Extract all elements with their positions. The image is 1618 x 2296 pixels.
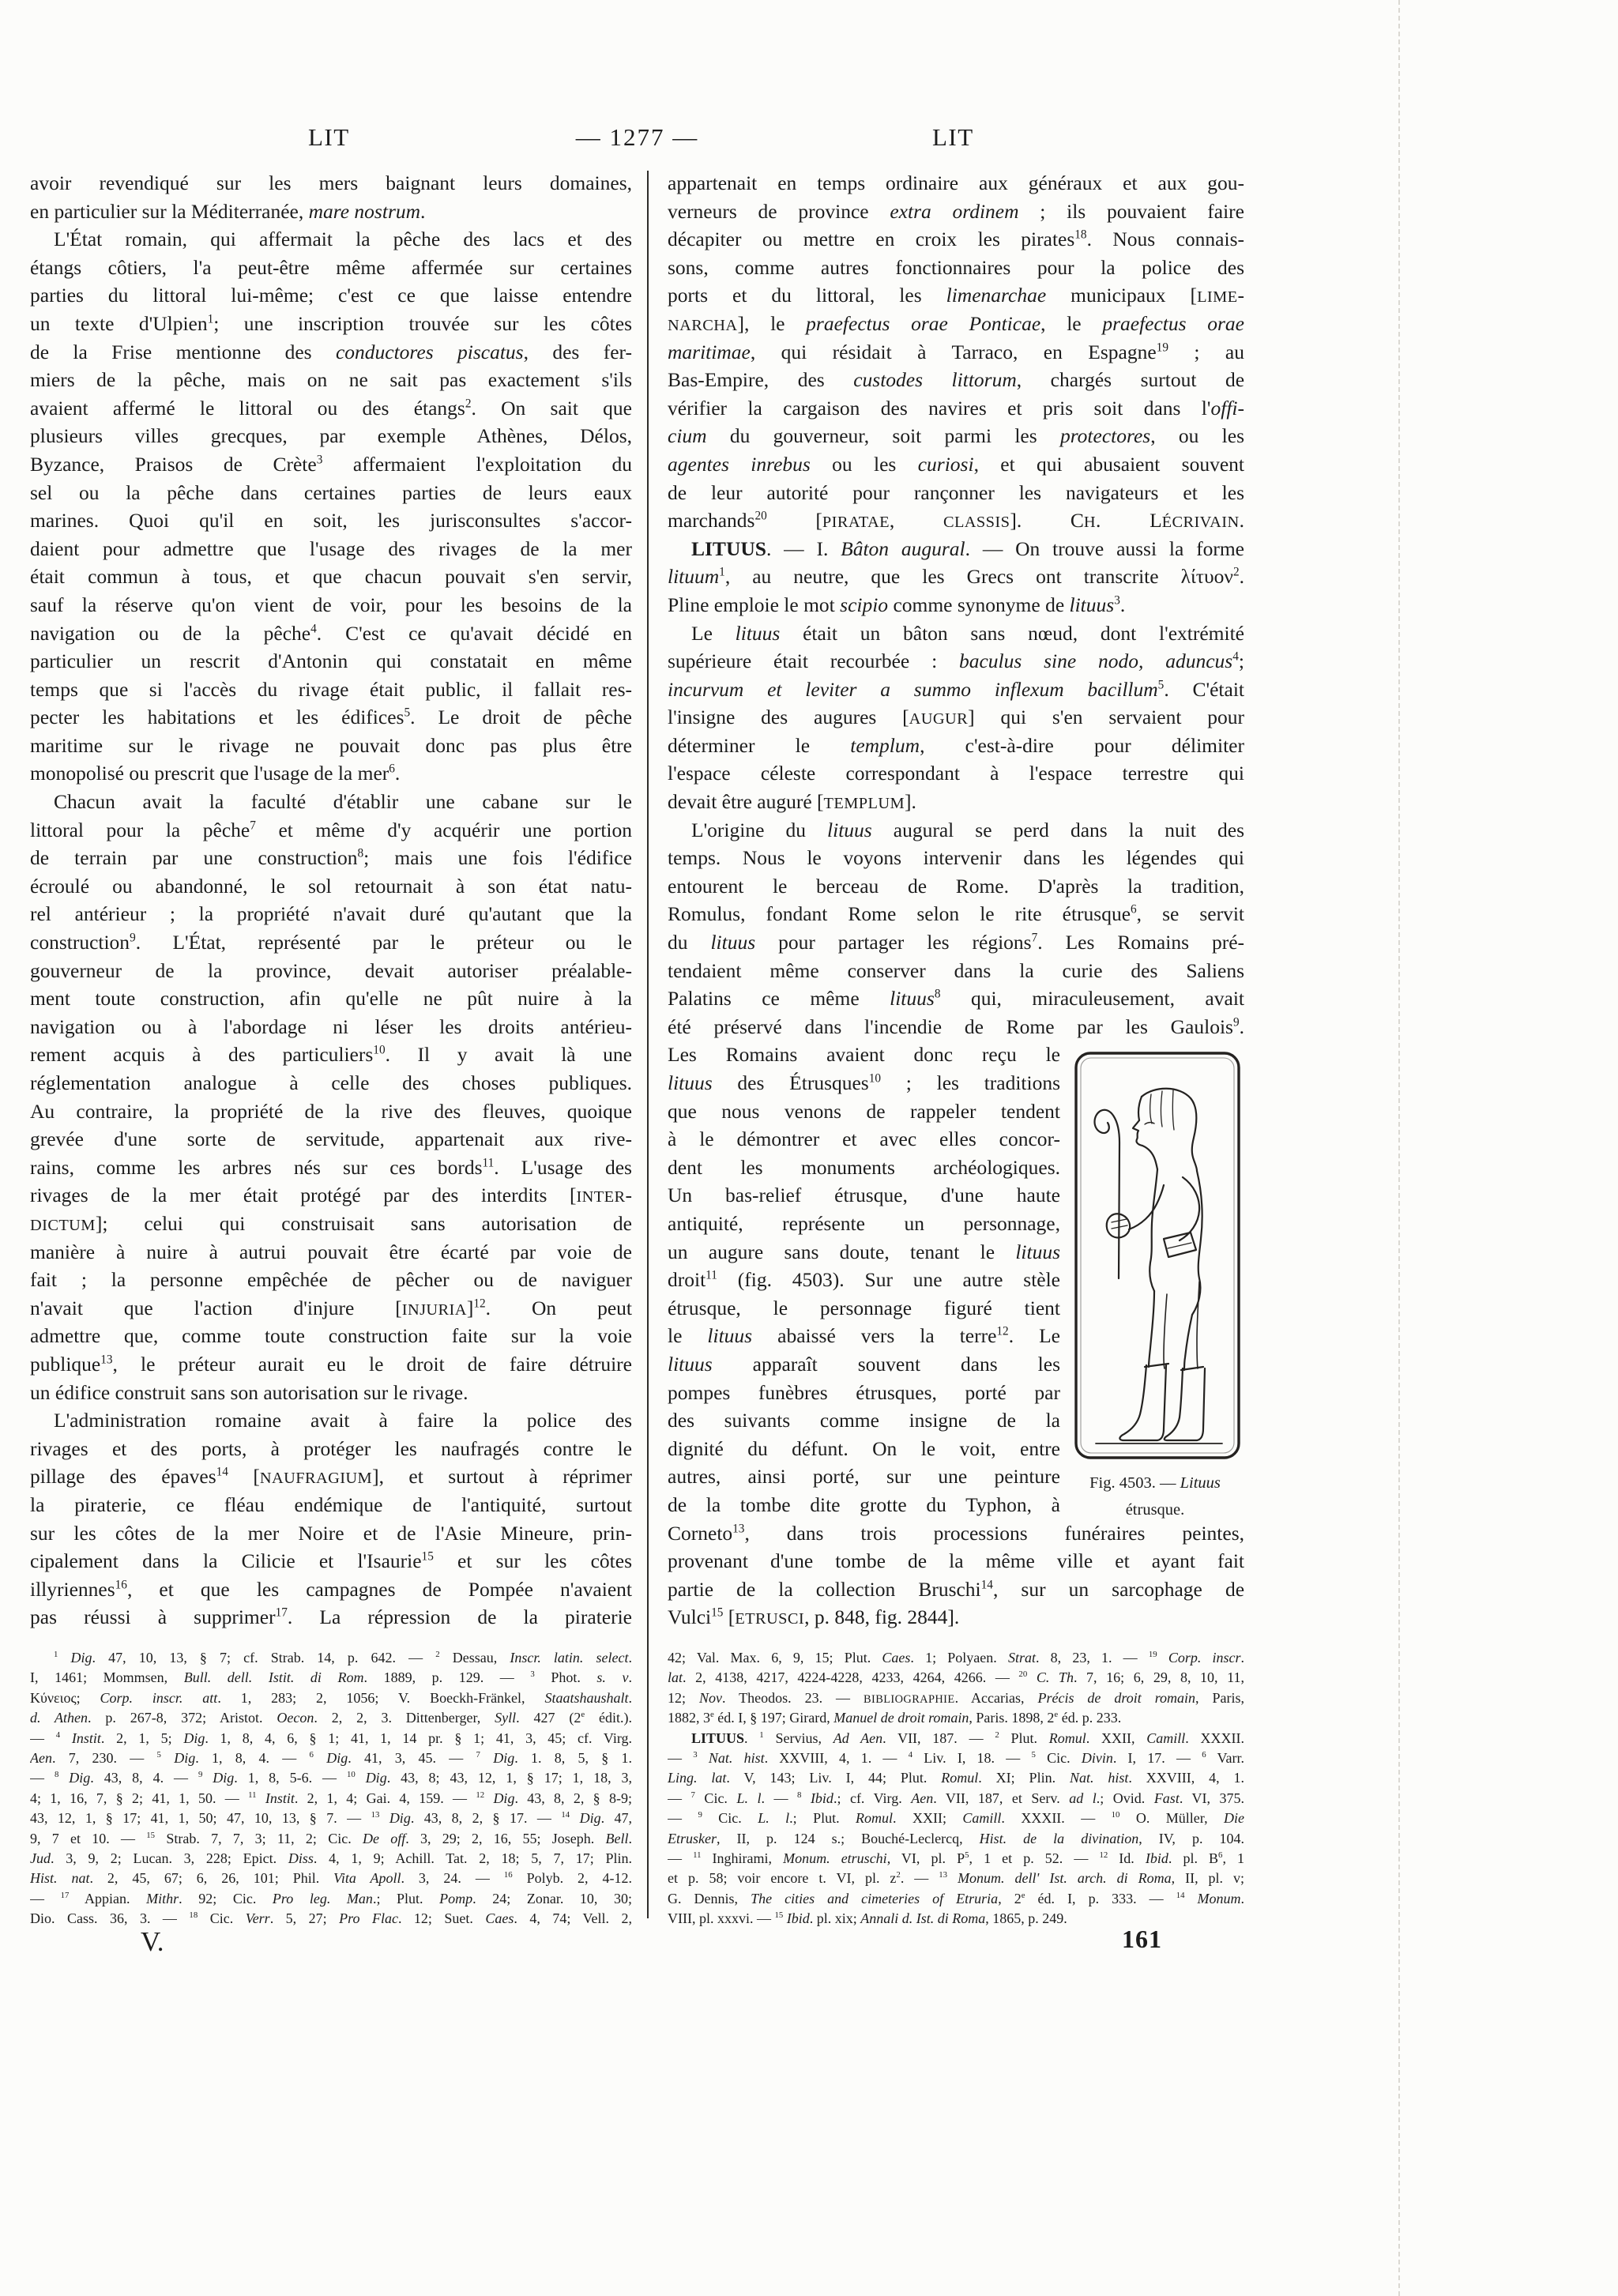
text-line: — 8 Dig. 43, 8, 4. — 9 Dig. 1, 8, 5-6. —… <box>30 1768 632 1788</box>
paragraph-block: Chacun avait la faculté d'établir une ca… <box>30 788 632 1406</box>
text-line: du lituus pour partager les régions7. Le… <box>668 928 1244 957</box>
text-line: le lituus abaissé vers la terre12. Le <box>668 1322 1060 1350</box>
text-line: lituus apparaît souvent dans les <box>668 1350 1060 1379</box>
text-line: sauf la réserve qu'on vient de voir, pou… <box>30 591 632 619</box>
text-line: littoral pour la pêche7 et même d'y acqu… <box>30 816 632 845</box>
etruscan-augur-engraving-icon <box>1072 1049 1243 1463</box>
text-line: antiquité, représente un personnage, <box>668 1210 1060 1238</box>
text-line: 12; Nov. Theodos. 23. — BIBLIOGRAPHIE. A… <box>668 1688 1244 1708</box>
text-line: dent les monuments archéologiques. <box>668 1154 1060 1182</box>
page-number-foot: 161 <box>1122 1925 1162 1954</box>
text-line: appartenait en temps ordinaire aux génér… <box>668 169 1244 198</box>
text-line: L'origine du lituus augural se perd dans… <box>668 816 1244 845</box>
text-line: sons, comme autres fonctionnaires pour l… <box>668 254 1244 282</box>
text-line: autres, ainsi porté, sur une peinture <box>668 1462 1060 1491</box>
paragraph-block: L'origine du lituus augural se perd dans… <box>668 816 1244 1041</box>
text-line: Pline emploie le mot scipio comme synony… <box>668 591 1244 619</box>
text-line: lituus des Étrusques10 ; les traditions <box>668 1069 1060 1097</box>
text-line: été préservé dans l'incendie de Rome par… <box>668 1013 1244 1041</box>
text-line: rivages et des ports, à protéger les nau… <box>30 1435 632 1463</box>
text-line: lat. 2, 4138, 4217, 4224-4228, 4233, 426… <box>668 1668 1244 1688</box>
text-line: gouverneur de la province, devait autori… <box>30 957 632 985</box>
text-line: Les Romains avaient donc reçu le <box>668 1041 1060 1069</box>
text-line: Palatins ce même lituus8 qui, miraculeus… <box>668 984 1244 1013</box>
text-line: — 4 Instit. 2, 1, 5; Dig. 1, 8, 4, 6, § … <box>30 1729 632 1748</box>
text-line: vérifier la cargaison des navires et pri… <box>668 394 1244 423</box>
text-line: un augure sans doute, tenant le lituus <box>668 1238 1060 1267</box>
text-line: particulier un rescrit d'Antonin qui con… <box>30 647 632 676</box>
text-line: 9, 7 et 10. — 15 Strab. 7, 7, 3; 11, 2; … <box>30 1829 632 1849</box>
text-line: parties du littoral lui-même; c'est ce q… <box>30 281 632 310</box>
text-line: temps. Nous le voyons intervenir dans le… <box>668 844 1244 872</box>
text-line: Jud. 3, 9, 2; Lucan. 3, 228; Epict. Diss… <box>30 1849 632 1869</box>
text-line: L'administration romaine avait à faire l… <box>30 1406 632 1435</box>
figure-caption: Fig. 4503. — Lituus étrusque. <box>1049 1470 1261 1523</box>
text-line: en particulier sur la Méditerranée, mare… <box>30 198 632 226</box>
text-line: décapiter ou mettre en croix les pirates… <box>668 225 1244 254</box>
text-line: daient pour admettre que l'usage des riv… <box>30 535 632 563</box>
text-line: de la tombe dite grotte du Typhon, à <box>668 1491 1060 1519</box>
right-column-footnotes: 42; Val. Max. 6, 9, 15; Plut. Caes. 1; P… <box>668 1648 1244 1929</box>
text-line: I, 1461; Mommsen, Bull. dell. Istit. di … <box>30 1668 632 1688</box>
text-line: cipalement dans la Cilicie et l'Isaurie1… <box>30 1547 632 1575</box>
text-line: cium du gouverneur, soit parmi les prote… <box>668 422 1244 450</box>
text-line: — 7 Cic. L. l. — 8 Ibid.; cf. Virg. Aen.… <box>668 1789 1244 1809</box>
text-line: incurvum et leviter a summo inflexum bac… <box>668 676 1244 704</box>
figure-4503-etruscan-stele <box>1072 1049 1243 1463</box>
text-line: maritime sur le rivage ne pouvait donc p… <box>30 732 632 760</box>
text-line: 43, 12, 1, § 17; 41, 1, 50; 47, 10, 13, … <box>30 1809 632 1828</box>
text-line: ment toute construction, afin qu'elle ne… <box>30 984 632 1013</box>
text-line: Un bas-relief étrusque, d'une haute <box>668 1181 1060 1210</box>
text-line: monopolisé ou prescrit que l'usage de la… <box>30 759 632 788</box>
figure-caption-line1: Fig. 4503. — Lituus <box>1049 1470 1261 1496</box>
column-divider <box>647 171 649 1918</box>
text-line: navigation ou à l'abordage ni léser les … <box>30 1013 632 1041</box>
left-column-footnotes: 1 Dig. 47, 10, 13, § 7; cf. Strab. 14, p… <box>30 1648 632 1929</box>
text-line: à le démontrer et avec elles concor- <box>668 1125 1060 1154</box>
paragraph-block: 42; Val. Max. 6, 9, 15; Plut. Caes. 1; P… <box>668 1648 1244 1729</box>
text-line: supérieure était recourbée : baculus sin… <box>668 647 1244 676</box>
text-line: lituum1, au neutre, que les Grecs ont tr… <box>668 563 1244 591</box>
text-line: manière à nuire à autrui pouvait être éc… <box>30 1238 632 1267</box>
text-line: NARCHA], le praefectus orae Ponticae, le… <box>668 310 1244 338</box>
text-line: LITUUS. 1 Servius, Ad Aen. VII, 187. — 2… <box>668 1729 1244 1748</box>
paragraph-block: LITUUS. 1 Servius, Ad Aen. VII, 187. — 2… <box>668 1729 1244 1929</box>
text-line: étangs côtiers, l'a peut-être même affer… <box>30 254 632 282</box>
paragraph-block: L'administration romaine avait à faire l… <box>30 1406 632 1632</box>
text-line: Aen. 7, 230. — 5 Dig. 1, 8, 4. — 6 Dig. … <box>30 1748 632 1768</box>
paragraph-block: appartenait en temps ordinaire aux génér… <box>668 169 1244 535</box>
text-line: d. Athen. p. 267-8, 372; Aristot. Oecon.… <box>30 1708 632 1728</box>
scan-crease-line <box>1398 0 1400 2296</box>
text-line: 1 Dig. 47, 10, 13, § 7; cf. Strab. 14, p… <box>30 1648 632 1668</box>
paragraph-block: Le lituus était un bâton sans nœud, dont… <box>668 619 1244 816</box>
text-line: miers de la pêche, mais on ne sait pas e… <box>30 366 632 394</box>
scanned-page: LIT — 1277 — LIT avoir revendiqué sur le… <box>0 0 1618 2296</box>
text-line: G. Dennis, The cities and cimeteries of … <box>668 1889 1244 1909</box>
text-line: Ling. lat. V, 143; Liv. I, 44; Plut. Rom… <box>668 1768 1244 1788</box>
text-line: de terrain par une construction8; mais u… <box>30 844 632 872</box>
text-line: réglementation analogue à celle des chos… <box>30 1069 632 1097</box>
text-line: — 3 Nat. hist. XXVIII, 4, 1. — 4 Liv. I,… <box>668 1748 1244 1768</box>
text-line: grevée d'une sorte de servitude, apparte… <box>30 1125 632 1154</box>
text-line: déterminer le templum, c'est-à-dire pour… <box>668 732 1244 760</box>
text-line: l'insigne des augures [AUGUR] qui s'en s… <box>668 703 1244 732</box>
running-head: LIT — 1277 — LIT <box>30 123 1244 160</box>
text-line: admettre que, comme toute construction f… <box>30 1322 632 1350</box>
running-head-left: LIT <box>308 123 350 152</box>
text-line: sel ou la pêche dans certaines parties d… <box>30 479 632 507</box>
text-line: pompes funèbres étrusques, porté par <box>668 1379 1060 1407</box>
text-line: que nous venons de rappeler tendent <box>668 1097 1060 1126</box>
text-line: 1882, 3e éd. I, § 197; Girard, Manuel de… <box>668 1708 1244 1728</box>
text-line: Κύνειος; Corp. inscr. att. 1, 283; 2, 10… <box>30 1688 632 1708</box>
text-line: un texte d'Ulpien1; une inscription trou… <box>30 310 632 338</box>
text-line: L'État romain, qui affermait la pêche de… <box>30 225 632 254</box>
text-line: rement acquis à des particuliers10. Il y… <box>30 1041 632 1069</box>
text-line: écroulé ou abandonné, le sol retournait … <box>30 872 632 901</box>
text-line: Dio. Cass. 36, 3. — 18 Cic. Verr. 5, 27;… <box>30 1909 632 1929</box>
text-line: droit11 (fig. 4503). Sur une autre stèle <box>668 1266 1060 1294</box>
text-line: — 11 Inghirami, Monum. etruschi, VI, pl.… <box>668 1849 1244 1869</box>
text-line: 42; Val. Max. 6, 9, 15; Plut. Caes. 1; P… <box>668 1648 1244 1668</box>
paragraph-block: Corneto13, dans trois processions funéra… <box>668 1519 1244 1632</box>
text-line: illyriennes16, et que les campagnes de P… <box>30 1575 632 1604</box>
text-line: avoir revendiqué sur les mers baignant l… <box>30 169 632 198</box>
text-line: agentes inrebus ou les curiosi, et qui a… <box>668 450 1244 479</box>
text-line: verneurs de province extra ordinem ; ils… <box>668 198 1244 226</box>
paragraph-block: L'État romain, qui affermait la pêche de… <box>30 225 632 788</box>
text-line: LITUUS. — I. Bâton augural. — On trouve … <box>668 535 1244 563</box>
text-line: marines. Quoi qu'il en soit, les jurisco… <box>30 506 632 535</box>
text-line: et p. 58; voir encore t. VI, pl. z2. — 1… <box>668 1869 1244 1888</box>
text-line: construction9. L'État, représenté par le… <box>30 928 632 957</box>
text-line: ports et du littoral, les limenarchae mu… <box>668 281 1244 310</box>
text-line: plusieurs villes grecques, par exemple A… <box>30 422 632 450</box>
paragraph-block: 1 Dig. 47, 10, 13, § 7; cf. Strab. 14, p… <box>30 1648 632 1929</box>
text-line: rivages de la mer était protégé par des … <box>30 1181 632 1210</box>
text-line: provenant d'une tombe de la même ville e… <box>668 1547 1244 1575</box>
text-line: — 17 Appian. Mithr. 92; Cic. Pro leg. Ma… <box>30 1889 632 1909</box>
running-head-right: LIT <box>932 123 974 152</box>
text-line: un édifice construit sans son autorisati… <box>30 1379 632 1407</box>
text-line: — 9 Cic. L. l.; Plut. Romul. XXII; Camil… <box>668 1809 1244 1828</box>
text-line: de la Frise mentionne des conductores pi… <box>30 338 632 367</box>
text-line: maritimae, qui résidait à Tarraco, en Es… <box>668 338 1244 367</box>
left-column-body: avoir revendiqué sur les mers baignant l… <box>30 169 632 1632</box>
text-line: Etrusker, II, p. 124 s.; Bouché-Leclercq… <box>668 1829 1244 1849</box>
text-line: entourent le berceau de Rome. D'après la… <box>668 872 1244 901</box>
text-line: Le lituus était un bâton sans nœud, dont… <box>668 619 1244 648</box>
text-line: rains, comme les arbres nés sur ces bord… <box>30 1154 632 1182</box>
text-line: publique13, le préteur aurait eu le droi… <box>30 1350 632 1379</box>
page-number-header: — 1277 — <box>576 123 699 152</box>
paragraph-block: LITUUS. — I. Bâton augural. — On trouve … <box>668 535 1244 619</box>
text-line: étrusque, le personnage figuré tient <box>668 1294 1060 1323</box>
text-line: Byzance, Praisos de Crète3 affermaient l… <box>30 450 632 479</box>
text-line: n'avait que l'action d'injure [INJURIA]1… <box>30 1294 632 1323</box>
text-line: partie de la collection Bruschi14, sur u… <box>668 1575 1244 1604</box>
text-line: navigation ou de la pêche4. C'est ce qu'… <box>30 619 632 648</box>
paragraph-block: avoir revendiqué sur les mers baignant l… <box>30 169 632 225</box>
text-line: marchands20 [PIRATAE, CLASSIS]. CH. LÉCR… <box>668 506 1244 535</box>
text-line: des suivants comme insigne de la <box>668 1406 1060 1435</box>
text-line: 4; 1, 16, 7, § 2; 41, 1, 50. — 11 Instit… <box>30 1789 632 1809</box>
text-line: Bas-Empire, des custodes littorum, charg… <box>668 366 1244 394</box>
text-line: pas réussi à supprimer17. La répression … <box>30 1603 632 1632</box>
text-line: avaient affermé le littoral ou des étang… <box>30 394 632 423</box>
text-line: Romulus, fondant Rome selon le rite étru… <box>668 900 1244 928</box>
text-line: dignité du défunt. On le voit, entre <box>668 1435 1060 1463</box>
text-line: de leur autorité pour rançonner les navi… <box>668 479 1244 507</box>
text-line: sur les côtes de la mer Noire et de l'As… <box>30 1519 632 1548</box>
text-line: Hist. nat. 2, 45, 67; 6, 26, 101; Phil. … <box>30 1869 632 1888</box>
volume-mark: V. <box>141 1926 164 1958</box>
text-line: devait être auguré [TEMPLUM]. <box>668 788 1244 816</box>
text-line: temps que si l'accès du rivage était pub… <box>30 676 632 704</box>
text-line: Vulci15 [ETRUSCI, p. 848, fig. 2844]. <box>668 1603 1244 1632</box>
text-line: pecter les habitations et les édifices5.… <box>30 703 632 732</box>
text-line: Au contraire, la propriété de la rive de… <box>30 1097 632 1126</box>
text-line: la piraterie, ce fléau endémique de l'an… <box>30 1491 632 1519</box>
text-line: Chacun avait la faculté d'établir une ca… <box>30 788 632 816</box>
text-line: rel antérieur ; la propriété n'avait dur… <box>30 900 632 928</box>
figure-caption-line2: étrusque. <box>1049 1496 1261 1523</box>
text-line: DICTUM]; celui qui construisait sans aut… <box>30 1210 632 1238</box>
text-line: était commun à tous, et que chacun pouva… <box>30 563 632 591</box>
text-line: l'espace céleste correspondant à l'espac… <box>668 759 1244 788</box>
text-line: pillage des épaves14 [NAUFRAGIUM], et su… <box>30 1462 632 1491</box>
text-line: fait ; la personne empêchée de pêcher ou… <box>30 1266 632 1294</box>
text-line: tendaient même conserver dans la curie d… <box>668 957 1244 985</box>
